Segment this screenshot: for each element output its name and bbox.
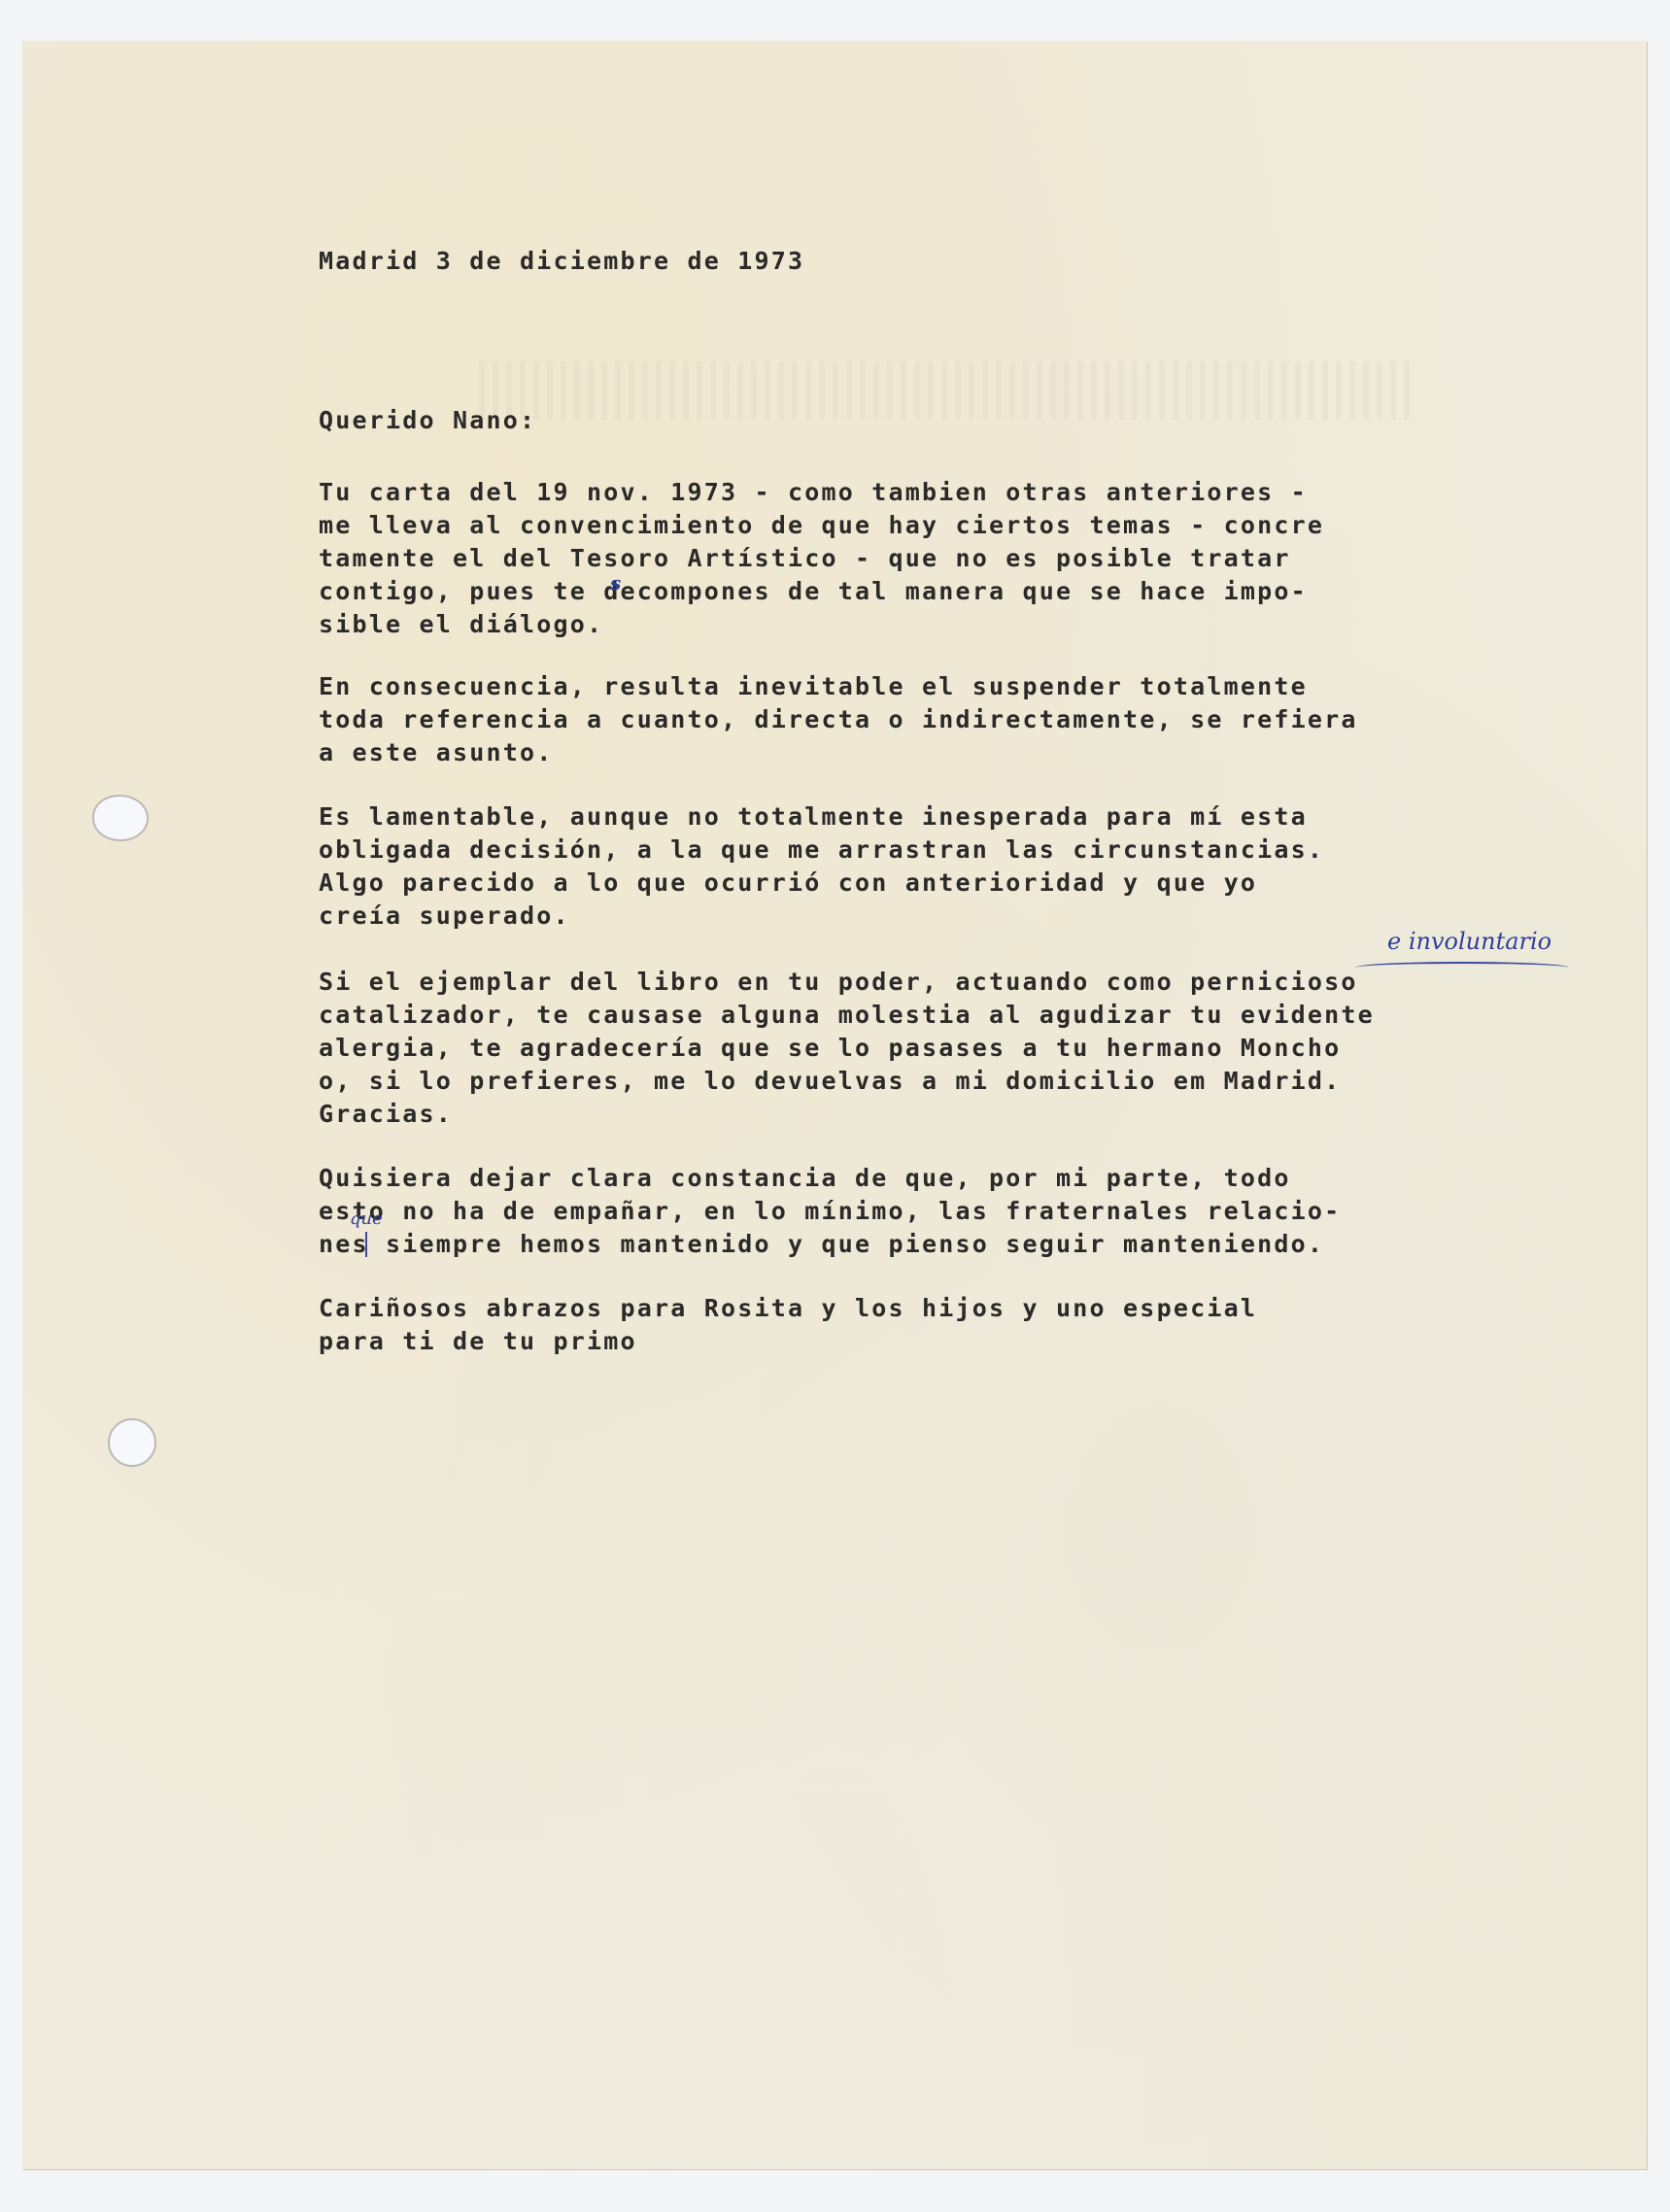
text-line: Es lamentable, aunque no totalmente ines… [319, 800, 1324, 834]
text-line: contigo, pues te decompones de tal maner… [319, 575, 1324, 608]
text-line: tamente el del Tesoro Artístico - que no… [319, 542, 1324, 575]
closing-paragraph: Cariñosos abrazos para Rosita y los hijo… [319, 1292, 1257, 1358]
text-line: creía superado. [319, 900, 1324, 933]
text-line: Algo parecido a lo que ocurrió con anter… [319, 867, 1324, 900]
text-line: obligada decisión, a la que me arrastran… [319, 834, 1324, 867]
salutation: Querido Nano: [319, 404, 536, 437]
text-line: Tu carta del 19 nov. 1973 - como tambien… [319, 476, 1324, 509]
paragraph: Si el ejemplar del libro en tu poder, ac… [319, 966, 1375, 1131]
handwritten-insert-mark [1355, 962, 1569, 973]
text-line: a este asunto. [319, 736, 1358, 769]
text-line: En consecuencia, resulta inevitable el s… [319, 670, 1358, 703]
text-line: Quisiera dejar clara constancia de que, … [319, 1162, 1341, 1195]
text-line: o, si lo prefieres, me lo devuelvas a mi… [319, 1065, 1375, 1098]
text-line: sible el diálogo. [319, 608, 1324, 641]
bleed-through-marks [479, 361, 1412, 420]
punch-hole [108, 1418, 156, 1467]
text-line: me lleva al convencimiento de que hay ci… [319, 509, 1324, 542]
text-line: Gracias. [319, 1098, 1375, 1131]
text-line: alergia, te agradecería que se lo pasase… [319, 1032, 1375, 1065]
text-line: Si el ejemplar del libro en tu poder, ac… [319, 966, 1375, 999]
punch-hole [92, 795, 149, 841]
text-line: para ti de tu primo [319, 1325, 1257, 1358]
paragraph: Es lamentable, aunque no totalmente ines… [319, 800, 1324, 933]
text-line: nes siempre hemos mantenido y que pienso… [319, 1228, 1341, 1261]
handwritten-insertion: que [350, 1208, 383, 1229]
text-line: esto no ha de empañar, en lo mínimo, las… [319, 1195, 1341, 1228]
paragraph: Tu carta del 19 nov. 1973 - como tambien… [319, 476, 1324, 641]
paragraph: Quisiera dejar clara constancia de que, … [319, 1162, 1341, 1261]
date-line: Madrid 3 de diciembre de 1973 [319, 245, 804, 278]
handwritten-annotation: e involuntario [1387, 928, 1551, 955]
text-line: toda referencia a cuanto, directa o indi… [319, 703, 1358, 736]
text-line: catalizador, te causase alguna molestia … [319, 999, 1375, 1032]
handwritten-caret-mark [365, 1232, 367, 1257]
handwritten-correction: s [610, 571, 621, 595]
paragraph: En consecuencia, resulta inevitable el s… [319, 670, 1358, 769]
text-line: Cariñosos abrazos para Rosita y los hijo… [319, 1292, 1257, 1325]
